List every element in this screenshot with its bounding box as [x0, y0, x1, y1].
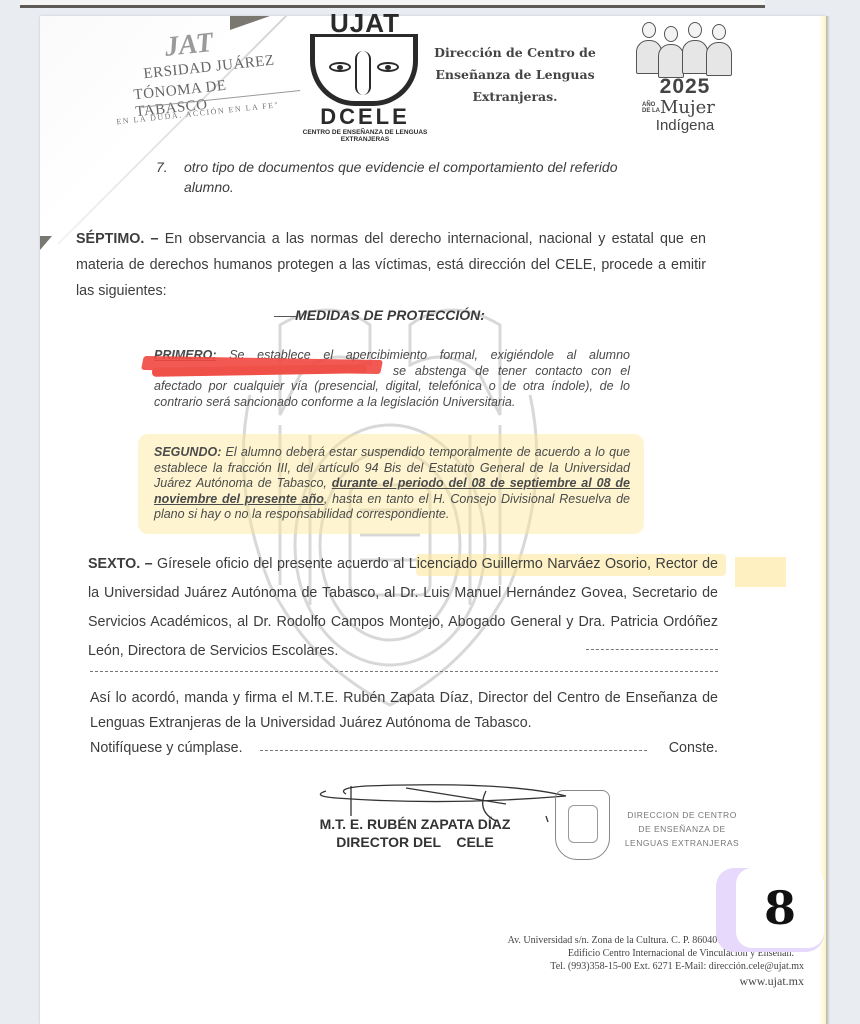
department-title-line: Dirección de Centro de — [420, 42, 610, 64]
seal-line: DIRECCION DE CENTRO — [612, 808, 752, 822]
seal-line: LENGUAS EXTRANJERAS — [612, 836, 752, 850]
eye-icon — [377, 62, 399, 72]
face-icon — [355, 51, 371, 95]
corner-shadow — [40, 236, 52, 250]
sexto-text: Gíresele oficio del presente acuerdo al … — [88, 556, 718, 659]
eye-icon — [329, 62, 351, 72]
logo-word-mujer: Mujer — [660, 98, 715, 118]
signatory-title: DIRECTOR DEL CELE — [300, 833, 530, 851]
notify-text: Notifíquese y cúmplase. — [90, 740, 243, 756]
ujat-logo-mark: JAT — [163, 27, 214, 64]
year-of-indigenous-women-logo: 2025 AÑO DE LA Mujer Indígena — [630, 16, 740, 146]
official-seal-icon — [555, 790, 610, 860]
footer-website: www.ujat.mx — [508, 975, 804, 988]
dashed-filler — [260, 750, 647, 751]
indigenous-women-illustration-icon — [636, 16, 732, 76]
highlight-sexto — [735, 557, 786, 587]
seal-text: DIRECCION DE CENTRO DE ENSEÑANZA DE LENG… — [612, 808, 752, 850]
page-edge-shadow — [826, 16, 830, 1024]
dcele-logo: UJAT DCELE CENTRO DE ENSEÑANZA DE LENGUA… — [300, 12, 430, 142]
footer-line: Tel. (993)358-15-00 Ext. 6271 E-Mail: di… — [508, 960, 804, 973]
septimo-lead: SÉPTIMO. – — [76, 231, 159, 247]
list-item-7: 7. otro tipo de documentos que evidencie… — [156, 157, 656, 197]
segundo-lead: SEGUNDO: — [154, 445, 221, 459]
septimo-text: En observancia a las normas del derecho … — [76, 231, 706, 299]
logo-year: 2025 — [630, 76, 740, 98]
sexto-lead: SEXTO. – — [88, 556, 153, 572]
dcele-logo-top: UJAT — [300, 12, 430, 34]
list-item-text: otro tipo de documentos que evidencie el… — [156, 157, 656, 197]
department-title-line: Enseñanza de Lenguas — [420, 64, 610, 86]
closing-text: Así lo acordó, manda y firma el M.T.E. R… — [90, 690, 718, 731]
logo-word-indigena: Indígena — [630, 118, 740, 134]
dashed-filler — [90, 671, 718, 672]
logo-small-text: AÑO DE LA — [642, 102, 660, 114]
dashed-filler — [586, 649, 718, 650]
department-title: Dirección de Centro de Enseñanza de Leng… — [420, 42, 610, 108]
septimo-paragraph: SÉPTIMO. – En observancia a las normas d… — [76, 226, 706, 304]
medidas-title: MEDIDAS DE PROTECCIÓN: — [270, 307, 510, 323]
list-number: 7. — [156, 157, 168, 177]
dcele-shield-icon — [310, 34, 418, 106]
seal-line: DE ENSEÑANZA DE — [612, 822, 752, 836]
signatory: M.T. E. RUBÉN ZAPATA DÍAZ DIRECTOR DEL C… — [300, 815, 530, 851]
conste-text: Conste. — [669, 736, 718, 761]
dcele-subtitle: CENTRO DE ENSEÑANZA DE LENGUAS EXTRANJER… — [300, 129, 430, 143]
segundo-measure: SEGUNDO: El alumno deberá estar suspendi… — [154, 445, 630, 523]
corner-shadow — [230, 16, 270, 30]
dcele-name: DCELE — [300, 106, 430, 128]
previous-page-edge — [20, 0, 765, 8]
page-number-badge: 8 — [736, 868, 824, 948]
department-title-line: Extranjeras. — [420, 86, 610, 108]
signatory-name: M.T. E. RUBÉN ZAPATA DÍAZ — [300, 815, 530, 833]
